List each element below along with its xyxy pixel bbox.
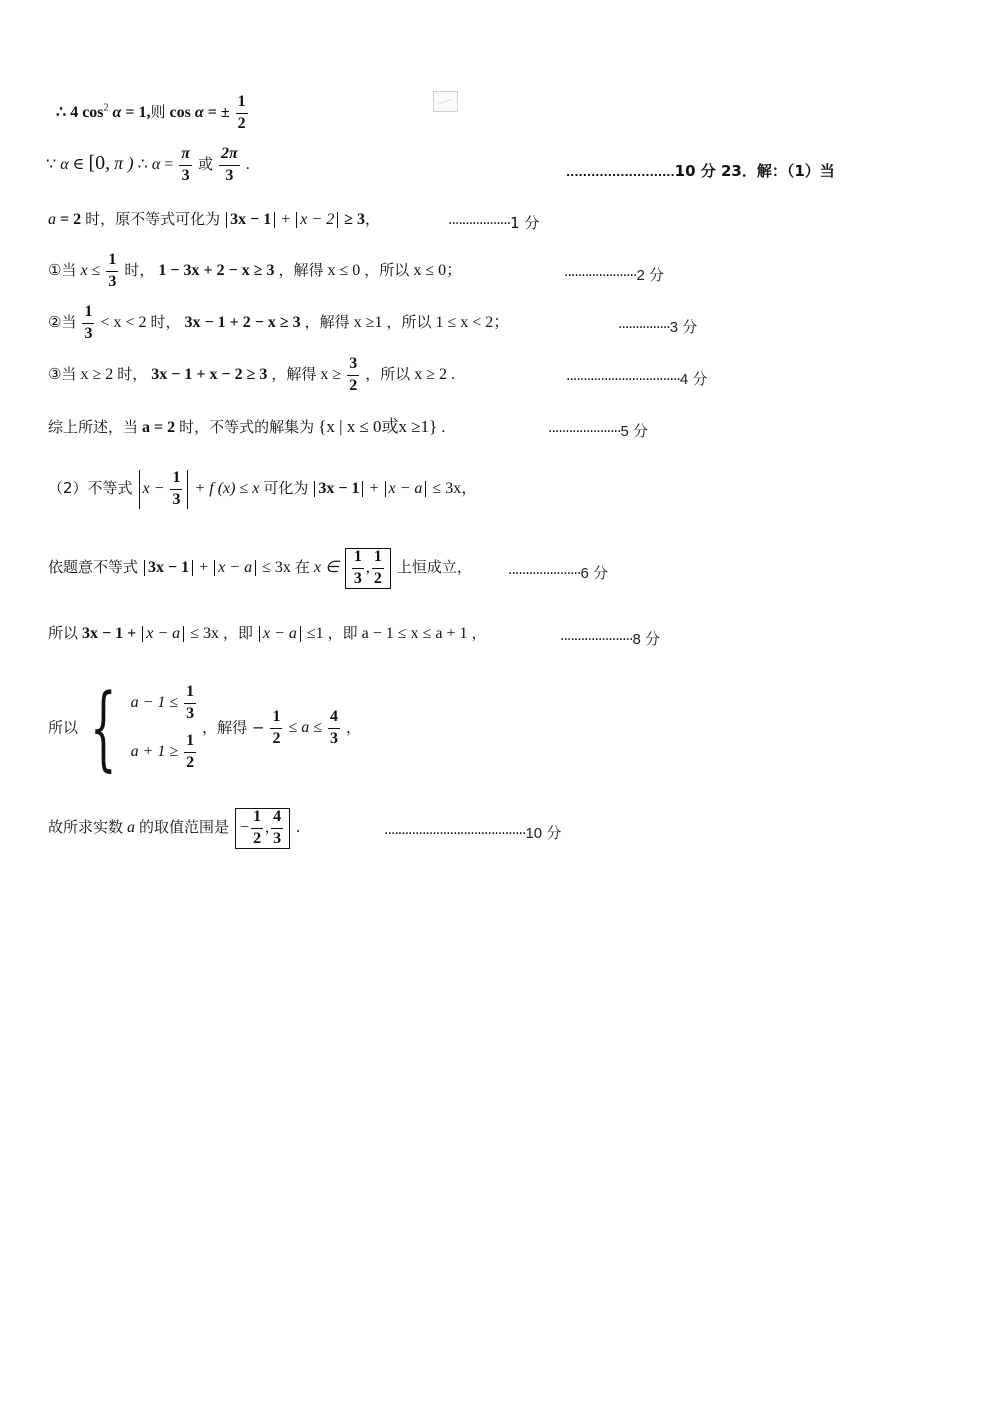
line-part-2-intro: （2）不等式 x − 13 + f (x) ≤ x 可化为 3x − 1 + x…: [48, 470, 477, 509]
fraction-pi-over-3: π3: [179, 146, 192, 185]
line-case-2: ②当 13 < x < 2 时， 3x − 1 + 2 − x ≥ 3 ，解得 …: [48, 304, 509, 343]
left-brace: {: [90, 682, 116, 774]
score-5: ·····················5 分: [548, 420, 648, 441]
line-always-holds: 依题意不等式 3x − 1 + x − a ≤ 3x 在 x ∈ 13,12 上…: [48, 548, 472, 589]
line-summary: 综上所述，当 a = 2 时，不等式的解集为 {x | x ≤ 0或x ≥1} …: [48, 418, 445, 436]
line-system: 所以 { a − 1 ≤ 13 a + 1 ≥ 12 ，解得 − 12 ≤ a …: [48, 682, 361, 774]
fraction-one-third: 13: [82, 304, 94, 343]
score-8: ·····················8 分: [560, 628, 660, 649]
fraction-one-half: 12: [236, 94, 248, 133]
score-6: ·····················6 分: [508, 562, 608, 583]
because-symbol: ∵: [46, 156, 56, 173]
line-a-equals-2: a = 2 时，原不等式可化为 3x − 1 + x − 2 ≥ 3，: [48, 212, 380, 228]
interval-third-to-half: 13,12: [345, 548, 391, 589]
abs-x-minus-one-third: x − 13: [139, 470, 189, 509]
score-10: ········································…: [384, 822, 561, 843]
line-case-1: ①当 x ≤ 13 时， 1 − 3x + 2 − x ≥ 3 ，解得 x ≤ …: [48, 252, 462, 291]
fraction-one-third: 13: [106, 252, 118, 291]
line-case-3: ③当 x ≥ 2 时， 3x − 1 + x − 2 ≥ 3 ，解得 x ≥ 3…: [48, 356, 455, 395]
score-4: ·································4 分: [566, 368, 707, 389]
score-10-and-q23-header: ..........................10 分 23．解：（1）当: [566, 160, 835, 181]
line-alpha-values: ∵ α ∈ [0, π ) ∴ α = π3 或 2π3 .: [46, 146, 250, 185]
score-1: ··················1 分: [448, 212, 539, 233]
fraction-three-halves: 32: [347, 356, 359, 395]
therefore-symbol: ∴: [56, 104, 66, 121]
inequality-system: a − 1 ≤ 13 a + 1 ≥ 12: [131, 684, 199, 771]
line-so-x-minus-a: 所以 3x − 1 + x − a ≤ 3x ，即 x − a ≤1 ，即 a …: [48, 626, 486, 642]
fraction-2pi-over-3: 2π3: [219, 146, 240, 185]
broken-image-placeholder: [433, 91, 458, 112]
score-3: ···············3 分: [618, 316, 697, 337]
line-final-answer: 故所求实数 a 的取值范围是 −12,43 .: [48, 808, 300, 849]
interval-answer: −12,43: [235, 808, 290, 849]
score-2: ·····················2 分: [564, 264, 664, 285]
line-cos-alpha: ∴ 4 cos2 α = 1,则 cos α = ± 12: [56, 94, 250, 133]
